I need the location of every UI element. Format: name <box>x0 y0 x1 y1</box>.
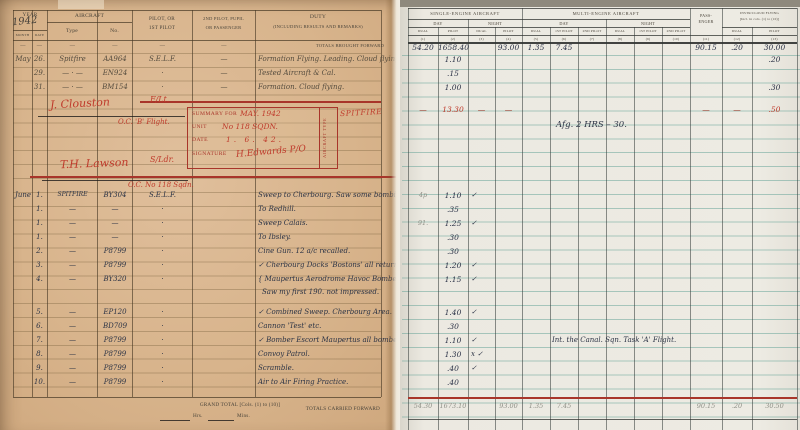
grid-line <box>13 10 381 11</box>
time-cell: .15 <box>438 69 468 78</box>
total-cell: 30.50 <box>752 402 797 410</box>
pencil-mark: 4p <box>408 191 438 199</box>
signature-title: O.C. No 118 Sqdn. <box>128 181 194 189</box>
time-cell: .20 <box>752 55 797 64</box>
duty-header: DUTY <box>255 14 381 20</box>
time-cell: .50 <box>752 105 797 114</box>
total-cell: 1673.10 <box>438 402 468 410</box>
red-rule <box>408 397 797 399</box>
time-row: .30 <box>0 247 800 261</box>
time-cell: 1.00 <box>438 83 468 92</box>
total-cell: 1.35 <box>522 402 550 410</box>
grid-line <box>47 22 132 23</box>
total-cell: 90.15 <box>690 402 722 410</box>
mins-blank-line <box>208 420 234 421</box>
second-pilot-header: 2ND PILOT <box>578 29 606 33</box>
time-cell: — <box>495 105 522 114</box>
time-cell: .20 <box>722 43 752 52</box>
grid-line <box>722 27 797 28</box>
second-pilot-header: 2ND PILOT, PUPIL <box>192 16 255 21</box>
pencil-mark: 91. <box>408 219 438 227</box>
time-row: 1.20 ✓ <box>0 261 800 275</box>
col-number: (1) <box>408 37 438 41</box>
pilot-header-2: 1ST PILOT <box>132 25 192 31</box>
dual-header: DUAL <box>468 29 495 33</box>
col-number: (4) <box>495 37 522 41</box>
pilot-header: PILOT, OR <box>132 16 192 22</box>
time-cell: 1.10 <box>438 191 468 200</box>
day-header: DAY <box>522 21 606 26</box>
check-mark: ✓ <box>471 191 485 199</box>
red-rule <box>140 101 381 103</box>
col-number: (5) <box>522 37 550 41</box>
time-cell: — <box>408 105 438 114</box>
time-row: 91. 1.25 ✓ <box>0 219 800 233</box>
check-mark: ✓ <box>471 364 485 372</box>
col-number: (3) <box>468 37 495 41</box>
time-cell: — <box>722 105 752 114</box>
time-cell: 30.00 <box>752 43 797 52</box>
time-cell: 1.40 <box>438 308 468 317</box>
instr-cloud-header: INSTR/CLOUD FLYING <box>722 11 797 15</box>
time-cell: .30 <box>438 233 468 242</box>
time-row: 1.30 x ✓ <box>0 350 800 364</box>
instr-cloud-header-2: [Incl. in cols. (1) to (10)] <box>722 17 797 21</box>
duty-continuation: Saw my first 190. not impressed. <box>262 288 379 296</box>
time-cell: 1.10 <box>438 55 468 64</box>
time-row: 1.00 .30 <box>0 83 800 97</box>
dual-header: DUAL <box>408 29 438 33</box>
check-mark: ✓ <box>471 275 485 283</box>
grid-line <box>13 30 47 31</box>
summary-unit-label: UNIT <box>192 124 207 130</box>
summary-signature-label: SIGNATURE <box>192 151 227 157</box>
duty-header-2: (INCLUDING RESULTS AND REMARKS) <box>255 24 381 29</box>
time-row: .30 <box>0 233 800 247</box>
totals-row: 54.30 1673.10 93.00 1.35 7.45 90.15 .20 … <box>0 402 800 416</box>
col-number: (7) <box>578 37 606 41</box>
type-header: Type <box>47 28 97 34</box>
monthly-note: Afg. 2 HRS – 30. <box>556 120 627 130</box>
grid-line <box>13 40 381 41</box>
check-mark: x ✓ <box>471 350 485 358</box>
hrs-blank-line <box>160 420 190 421</box>
time-cell: 93.00 <box>495 43 522 52</box>
time-cell: .35 <box>438 205 468 214</box>
time-cell: 13.30 <box>438 105 468 114</box>
date-header: DATE <box>32 33 47 37</box>
time-row: 1.40 ✓ <box>0 308 800 322</box>
first-pilot-header: 1ST PILOT <box>550 29 578 33</box>
dual-header: DUAL <box>722 29 752 33</box>
time-cell: .40 <box>438 378 468 387</box>
time-cell: 1.10 <box>438 336 468 345</box>
time-row: .30 <box>0 322 800 336</box>
total-cell: 7.45 <box>550 402 578 410</box>
night-header: NIGHT <box>606 21 690 26</box>
col-number: (11) <box>690 37 722 41</box>
time-row: 1.10 .20 <box>0 55 800 69</box>
second-pilot-header: 2ND PILOT <box>662 29 690 33</box>
pilot-header: PILOT <box>752 29 797 33</box>
time-cell: — <box>468 105 495 114</box>
first-pilot-header: 1ST PILOT <box>634 29 662 33</box>
col-number: (13) <box>752 37 797 41</box>
dual-header: DUAL <box>606 29 634 33</box>
summary-unit-value: No 118 SQDN. <box>222 122 278 131</box>
time-cell: 1.25 <box>438 219 468 228</box>
total-cell: 93.00 <box>495 402 522 410</box>
pilot-header: PILOT <box>438 29 468 33</box>
passenger-header: PASS- <box>690 13 722 18</box>
no-header: No. <box>97 28 132 34</box>
day-header: DAY <box>408 21 468 26</box>
time-row: .35 <box>0 205 800 219</box>
time-row: .40 <box>0 378 800 392</box>
passenger-header-2: ENGER <box>690 19 722 24</box>
time-cell: .30 <box>752 83 797 92</box>
time-cell: 1.15 <box>438 275 468 284</box>
signature-co: T.H. Lawson <box>60 156 129 171</box>
time-cell: .30 <box>438 247 468 256</box>
summary-date-label: DATE <box>192 137 208 143</box>
time-cell: — <box>690 105 722 114</box>
check-mark: ✓ <box>471 219 485 227</box>
time-cell: 1.35 <box>522 43 550 52</box>
total-cell: 54.30 <box>408 402 438 410</box>
time-row: .15 <box>0 69 800 83</box>
signature-rank: S/Ldr. <box>150 155 174 164</box>
col-number: (12) <box>722 37 752 41</box>
col-number: (8) <box>606 37 634 41</box>
dual-header: DUAL <box>522 29 550 33</box>
time-row: 1.15 ✓ <box>0 275 800 289</box>
monthly-summary-times: — 13.30 — — — — .50 <box>0 105 800 119</box>
time-cell: 1658.40 <box>438 43 468 52</box>
time-row: .40 ✓ <box>0 364 800 378</box>
logbook-spread: YEAR 1942 MONTH DATE AIRCRAFT Type No. P… <box>0 0 800 430</box>
tape-mark <box>58 0 104 9</box>
time-cell: .30 <box>438 322 468 331</box>
aircraft-header: AIRCRAFT <box>47 13 132 19</box>
col-number: (10) <box>662 37 690 41</box>
col-number: (6) <box>550 37 578 41</box>
single-engine-header: SINGLE-ENGINE AIRCRAFT <box>408 11 522 16</box>
grid-line <box>13 397 381 398</box>
pilot-header: PILOT <box>495 29 522 33</box>
time-row: 1.10 ✓ Int. the Canal. Sqn. Task 'A' Fli… <box>0 336 800 350</box>
check-mark: ✓ <box>471 308 485 316</box>
month-header: MONTH <box>13 33 32 37</box>
signature-title: O.C. 'B' Flight. <box>118 118 170 126</box>
second-pilot-header-2: OR PASSENGER <box>192 25 255 30</box>
col-number: (2) <box>438 37 468 41</box>
grid-line <box>408 8 797 9</box>
check-mark: ✓ <box>471 261 485 269</box>
time-cell: 90.15 <box>690 43 722 52</box>
time-cell: 1.20 <box>438 261 468 270</box>
margin-note: Int. the Canal. Sqn. Task 'A' Flight. <box>552 336 742 344</box>
grid-line <box>408 27 690 28</box>
summary-date-value: 1. 6. 42. <box>226 135 284 144</box>
check-mark: ✓ <box>471 336 485 344</box>
time-cell: 7.45 <box>550 43 578 52</box>
night-header: NIGHT <box>468 21 522 26</box>
time-cell: 1.30 <box>438 350 468 359</box>
time-row: 4p 1.10 ✓ <box>0 191 800 205</box>
time-cell: .40 <box>438 364 468 373</box>
col-number: (9) <box>634 37 662 41</box>
multi-engine-header: MULTI-ENGINE AIRCRAFT <box>522 11 690 16</box>
grid-line <box>408 419 797 420</box>
total-cell: .20 <box>722 402 752 410</box>
time-cell: 54.20 <box>408 43 438 52</box>
